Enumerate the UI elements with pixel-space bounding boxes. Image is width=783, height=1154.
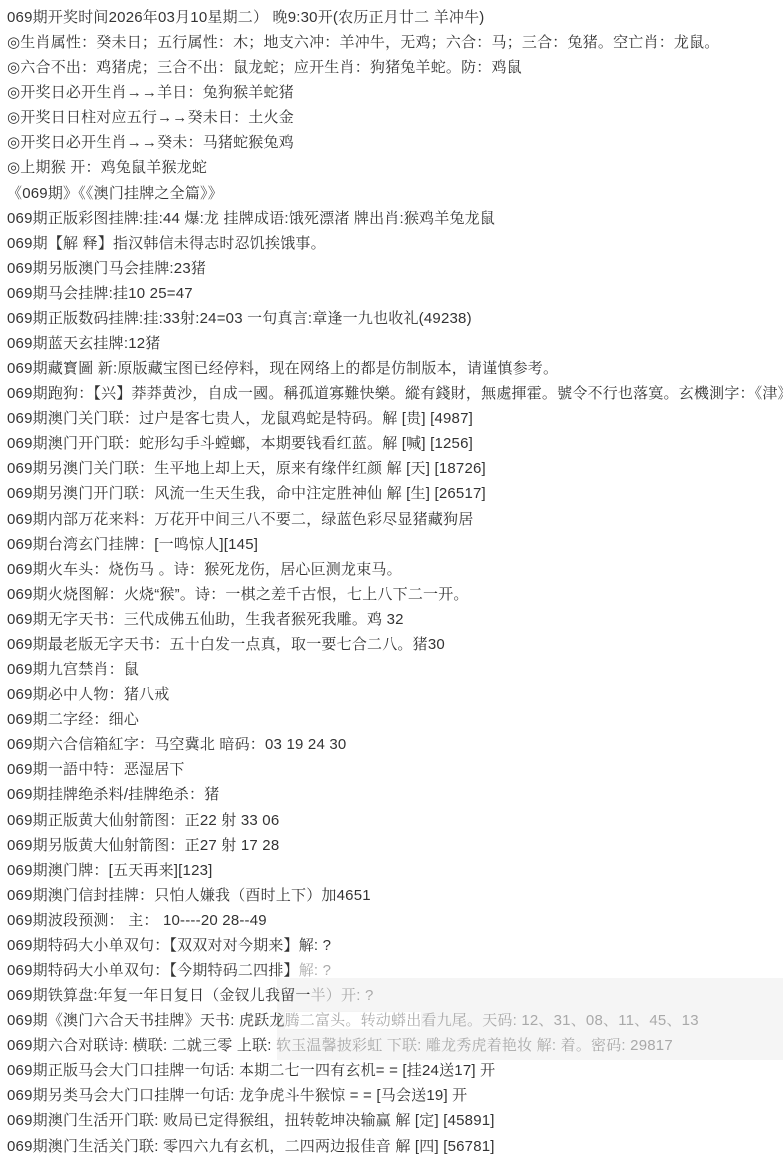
text-line: 069期九宫禁肖：鼠 [0, 657, 783, 682]
text-segment: 069期另澳门开门联：风流一生天生我，命中注定胜神仙 解 [生] [26517] [7, 485, 486, 502]
text-line: 069期藏寳圖 新:原版藏宝图已经停料，现在网络上的都是仿制版本，请谨慎参考。 [0, 356, 783, 381]
text-line: 069期波段预测： 主： 10----20 28--49 [0, 908, 783, 933]
text-segment: 069期台湾玄门挂牌：[一鸣惊人][145] [7, 536, 258, 553]
text-segment: 069期火车头：烧伤马 。诗：猴死龙伤，居心叵测龙束马。 [7, 561, 402, 578]
text-segment: ◎六合不出：鸡猪虎；三合不出：鼠龙蛇；应开生肖：狗猪兔羊蛇。防：鸡鼠 [7, 59, 522, 76]
text-segment: 069期藏寳圖 新:原版藏宝图已经停料，现在网络上的都是仿制版本，请谨慎参考。 [7, 360, 558, 377]
text-segment: 069期【解 释】指汉韩信未得志时忍饥挨饿事。 [7, 235, 326, 252]
text-segment: ◎上期猴 开：鸡兔鼠羊猴龙蛇 [7, 159, 207, 176]
text-segment: 《069期》《《澳门挂牌之全篇》》 [7, 185, 223, 202]
text-line: 069期火车头：烧伤马 。诗：猴死龙伤，居心叵测龙束马。 [0, 557, 783, 582]
text-line: ◎开奖日必开生肖→→癸未：马猪蛇猴兔鸡 [0, 130, 783, 155]
text-segment: 069期澳门开门联：蛇形勾手斗螳螂，本期要钱看红蓝。解 [喊] [1256] [7, 435, 473, 452]
muted-text-segment: 看九尾。天码: 12、31、08、11、45、13 [421, 1012, 698, 1029]
text-line: 069期澳门牌：[五天再来][123] [0, 858, 783, 883]
text-line: 069期六合对联诗: 横联: 二就三零 上联: 软玉温馨披彩虹 下联: 雕龙秀虎… [0, 1033, 783, 1058]
text-line: 069期铁算盘:年复一年日复日（金钗儿我留一半）开: ? [0, 983, 783, 1008]
text-segment: 069期澳门信封挂牌：只怕人嫌我（酉时上下）加4651 [7, 887, 371, 904]
text-line: 069期另澳门开门联：风流一生天生我，命中注定胜神仙 解 [生] [26517] [0, 481, 783, 506]
text-segment: 069期澳门生活开门联: 败局已定得猴组，扭转乾坤决输赢 解 [定] [4589… [7, 1112, 495, 1129]
text-line: 《069期》《《澳门挂牌之全篇》》 [0, 181, 783, 206]
text-segment: 069期无字天书：三代成佛五仙助，生我者猴死我雕。鸡 32 [7, 611, 404, 628]
text-line: 069期内部万花来料：万花开中间三八不要二，绿蓝色彩尽显猪藏狗居 [0, 507, 783, 532]
text-line: 069期另版澳门马会挂牌:23猪 [0, 256, 783, 281]
text-segment: ◎开奖日日柱对应五行→→癸未日：土火金 [7, 109, 294, 126]
lottery-tips-page: 069期开奖时间2026年03月10星期二） 晚9:30开(农历正月廿二 羊冲牛… [0, 0, 783, 1154]
text-segment: 069期澳门关门联：过户是客七贵人，龙鼠鸡蛇是特码。解 [贵] [4987] [7, 410, 473, 427]
text-line: 069期另版黄大仙射箭图：正27 射 17 28 [0, 833, 783, 858]
text-segment: 069期澳门牌：[五天再来][123] [7, 862, 213, 879]
text-line: 069期澳门生活关门联: 零四六九有玄机，二四两边报佳音 解 [四] [5678… [0, 1134, 783, 1154]
text-segment: 069期铁算盘:年复一年日复日（金钗儿我留一 [7, 987, 311, 1004]
text-line: 069期开奖时间2026年03月10星期二） 晚9:30开(农历正月廿二 羊冲牛… [0, 5, 783, 30]
text-line: 069期特码大小单双句：【今期特码二四排】解: ? [0, 958, 783, 983]
text-line: 069期最老版无字天书：五十白发一点真，取一要七合二八。猪30 [0, 632, 783, 657]
text-line: 069期澳门信封挂牌：只怕人嫌我（酉时上下）加4651 [0, 883, 783, 908]
text-line: 069期跑狗：【兴】莽莽黄沙，自成一國。稱孤道寡難快樂。縱有錢財，無處揮霍。號令… [0, 381, 783, 406]
text-segment: 069期六合对联诗: 横联: 二就三零 上联: [7, 1037, 276, 1054]
text-segment: ◎开奖日必开生肖→→羊日：兔狗猴羊蛇猪 [7, 84, 294, 101]
text-line: 069期一語中特：恶湿居下 [0, 757, 783, 782]
text-segment: 069期波段预测： 主： 10----20 28--49 [7, 912, 267, 929]
text-line: 069期六合信箱紅字：马空冀北 暗码：03 19 24 30 [0, 732, 783, 757]
text-line: 069期《澳门六合天书挂牌》天书: 虎跃龙腾二富头。转动蟒出看九尾。天码: 12… [0, 1008, 783, 1033]
text-lines-container: 069期开奖时间2026年03月10星期二） 晚9:30开(农历正月廿二 羊冲牛… [0, 5, 783, 1154]
text-line: 069期二字经：细心 [0, 707, 783, 732]
text-segment: 069期最老版无字天书：五十白发一点真，取一要七合二八。猪30 [7, 636, 445, 653]
text-line: ◎六合不出：鸡猪虎；三合不出：鼠龙蛇；应开生肖：狗猪兔羊蛇。防：鸡鼠 [0, 55, 783, 80]
text-line: 069期马会挂牌:挂10 25=47 [0, 281, 783, 306]
text-segment: 069期正版数码挂牌:挂:33射:24=03 一句真言:章逢一九也收礼(4923… [7, 310, 472, 327]
muted-text-segment: 腾二富头。 [285, 1012, 361, 1029]
text-line: 069期正版马会大门口挂牌一句话: 本期二七一四有玄机= = [挂24送17] … [0, 1058, 783, 1083]
text-segment: 069期特码大小单双句：【双双对对今期来】解: ? [7, 937, 331, 954]
text-segment: 069期《澳门六合天书挂牌》天书: 虎跃龙 [7, 1012, 285, 1029]
text-line: 069期无字天书：三代成佛五仙助，生我者猴死我雕。鸡 32 [0, 607, 783, 632]
muted-text-segment: 半）开: ? [311, 987, 374, 1004]
text-segment: 069期火烧图解：火烧“猴”。诗：一棋之差千古恨，七上八下二一开。 [7, 586, 469, 603]
muted-text-segment: 软玉温馨披彩虹 下联: 雕龙秀虎着艳妆 解: 着。密码: 29817 [276, 1037, 673, 1054]
text-segment: 069期二字经：细心 [7, 711, 139, 728]
text-line: 069期台湾玄门挂牌：[一鸣惊人][145] [0, 532, 783, 557]
text-segment: 069期开奖时间2026年03月10星期二） 晚9:30开(农历正月廿二 羊冲牛… [7, 9, 485, 26]
text-line: 069期【解 释】指汉韩信未得志时忍饥挨饿事。 [0, 231, 783, 256]
text-line: ◎生肖属性：癸未日；五行属性：木；地支六冲：羊冲牛，无鸡；六合：马；三合：兔猪。… [0, 30, 783, 55]
text-line: 069期另类马会大门口挂牌一句话: 龙争虎斗牛猴惊 = = [马会送19] 开 [0, 1083, 783, 1108]
text-segment: 069期另版黄大仙射箭图：正27 射 17 28 [7, 837, 279, 854]
muted-text-segment: 解: ? [299, 962, 331, 979]
text-segment: 069期六合信箱紅字：马空冀北 暗码：03 19 24 30 [7, 736, 346, 753]
text-line: 069期正版黄大仙射箭图：正22 射 33 06 [0, 808, 783, 833]
text-line: ◎开奖日日柱对应五行→→癸未日：土火金 [0, 105, 783, 130]
text-segment: 069期挂牌绝杀料/挂牌绝杀：猪 [7, 786, 219, 803]
muted-text-segment: 转动蟒出 [361, 1012, 422, 1029]
text-line: 069期澳门开门联：蛇形勾手斗螳螂，本期要钱看红蓝。解 [喊] [1256] [0, 431, 783, 456]
text-segment: 069期另版澳门马会挂牌:23猪 [7, 260, 206, 277]
text-line: 069期特码大小单双句：【双双对对今期来】解: ? [0, 933, 783, 958]
text-segment: ◎开奖日必开生肖→→癸未：马猪蛇猴兔鸡 [7, 134, 294, 151]
text-segment: 069期一語中特：恶湿居下 [7, 761, 185, 778]
text-segment: 069期正版马会大门口挂牌一句话: 本期二七一四有玄机= = [挂24送17] … [7, 1062, 495, 1079]
text-segment: 069期九宫禁肖：鼠 [7, 661, 139, 678]
text-segment: 069期内部万花来料：万花开中间三八不要二，绿蓝色彩尽显猪藏狗居 [7, 511, 473, 528]
text-line: 069期挂牌绝杀料/挂牌绝杀：猪 [0, 782, 783, 807]
text-segment: 069期正版彩图挂牌:挂:44 爆:龙 挂牌成语:饿死漂渚 牌出肖:猴鸡羊兔龙鼠 [7, 210, 495, 227]
text-segment: 069期另澳门关门联：生平地上却上天，原来有缘伴红颜 解 [天] [18726] [7, 460, 486, 477]
text-line: 069期正版彩图挂牌:挂:44 爆:龙 挂牌成语:饿死漂渚 牌出肖:猴鸡羊兔龙鼠 [0, 206, 783, 231]
text-segment: 069期另类马会大门口挂牌一句话: 龙争虎斗牛猴惊 = = [马会送19] 开 [7, 1087, 467, 1104]
text-line: 069期澳门生活开门联: 败局已定得猴组，扭转乾坤决输赢 解 [定] [4589… [0, 1108, 783, 1133]
text-segment: 069期跑狗：【兴】莽莽黄沙，自成一國。稱孤道寡難快樂。縱有錢財，無處揮霍。號令… [7, 385, 783, 402]
text-segment: 069期马会挂牌:挂10 25=47 [7, 285, 193, 302]
text-segment: 069期澳门生活关门联: 零四六九有玄机，二四两边报佳音 解 [四] [5678… [7, 1138, 495, 1154]
text-line: 069期澳门关门联：过户是客七贵人，龙鼠鸡蛇是特码。解 [贵] [4987] [0, 406, 783, 431]
text-segment: 069期正版黄大仙射箭图：正22 射 33 06 [7, 812, 279, 829]
text-line: ◎开奖日必开生肖→→羊日：兔狗猴羊蛇猪 [0, 80, 783, 105]
text-segment: 069期必中人物：猪八戒 [7, 686, 169, 703]
text-line: 069期必中人物：猪八戒 [0, 682, 783, 707]
text-segment: 069期特码大小单双句：【今期特码二四排】 [7, 962, 299, 979]
text-line: 069期火烧图解：火烧“猴”。诗：一棋之差千古恨，七上八下二一开。 [0, 582, 783, 607]
text-line: 069期蓝天玄挂牌:12猪 [0, 331, 783, 356]
text-segment: 069期蓝天玄挂牌:12猪 [7, 335, 160, 352]
text-line: 069期正版数码挂牌:挂:33射:24=03 一句真言:章逢一九也收礼(4923… [0, 306, 783, 331]
text-line: ◎上期猴 开：鸡兔鼠羊猴龙蛇 [0, 155, 783, 180]
text-segment: ◎生肖属性：癸未日；五行属性：木；地支六冲：羊冲牛，无鸡；六合：马；三合：兔猪。… [7, 34, 720, 51]
text-line: 069期另澳门关门联：生平地上却上天，原来有缘伴红颜 解 [天] [18726] [0, 456, 783, 481]
